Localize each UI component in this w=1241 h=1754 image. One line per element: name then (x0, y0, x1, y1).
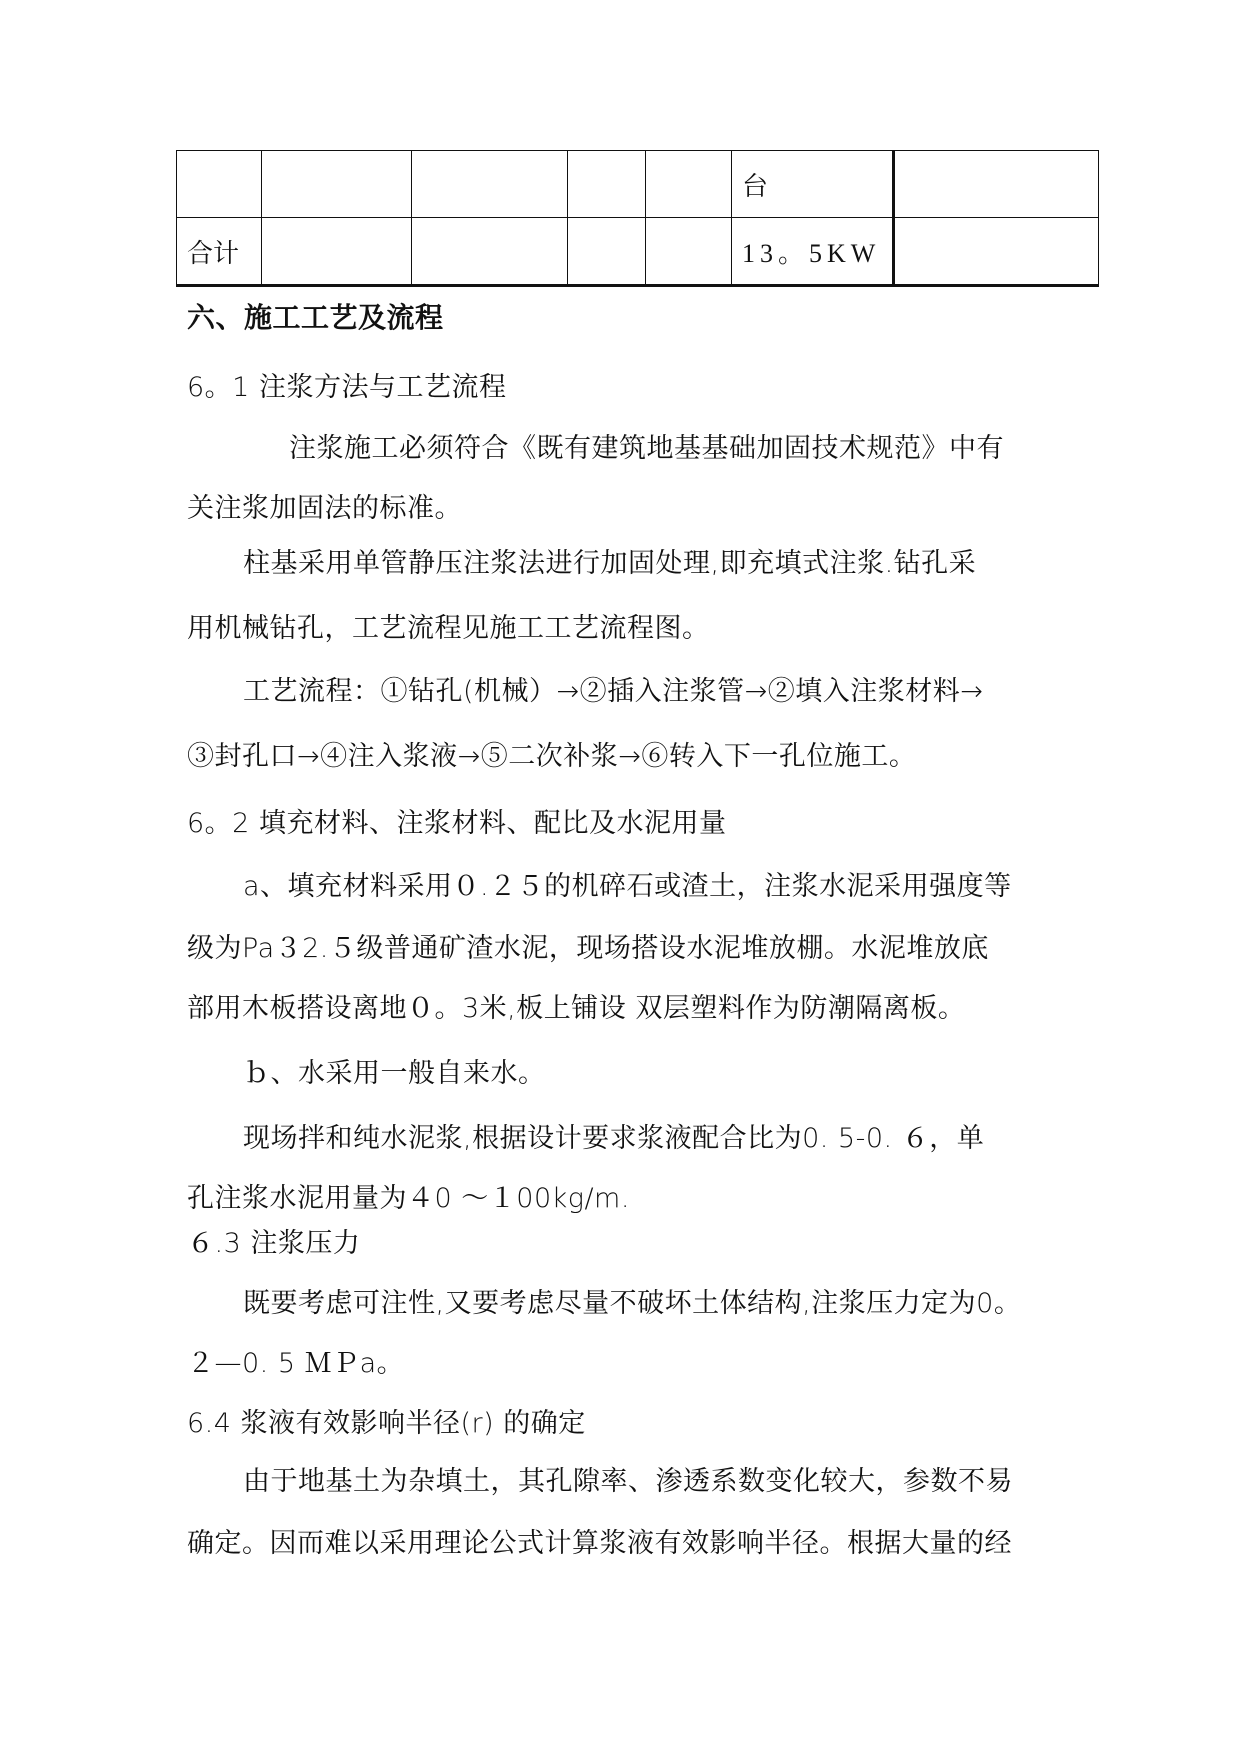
paragraph-line: 确定。因而难以采用理论公式计算浆液有效影响半径。根据大量的经 (187, 1527, 1012, 1561)
paragraph-line: 级为Pa３2.５级普通矿渣水泥，现场搭设水泥堆放棚。水泥堆放底 (187, 932, 989, 966)
paragraph-line: ｂ、水采用一般自来水。 (243, 1057, 546, 1091)
document-page: 台 合计 13。5KW 六、施工工艺及流程 6。1 注浆方法与工艺流程 注浆施工… (0, 0, 1241, 1754)
table-cell (646, 151, 732, 218)
paragraph-line: a、填充材料采用０.２５的机碎石或渣土，注浆水泥采用强度等 (243, 870, 1012, 904)
table-cell (412, 218, 568, 286)
paragraph-line: 孔注浆水泥用量为４0 ～１00kg/m. (187, 1182, 630, 1216)
table-cell-unit: 台 (732, 151, 894, 218)
table-cell (894, 218, 1099, 286)
paragraph-line: ２—0. 5 ＭＰa。 (187, 1347, 404, 1381)
table-row: 台 (177, 151, 1099, 218)
table-cell (568, 151, 646, 218)
process-flow-line: ③封孔口→④注入浆液→⑤二次补浆→⑥转入下一孔位施工。 (187, 740, 916, 774)
paragraph-line: 柱基采用单管静压注浆法进行加固处理,即充填式注浆.钻孔采 (243, 547, 976, 581)
table-cell (412, 151, 568, 218)
paragraph-line: 既要考虑可注性,又要考虑尽量不破坏土体结构,注浆压力定为0。 (243, 1287, 1021, 1321)
table-cell-total-power: 13。5KW (732, 218, 894, 286)
table-cell (177, 151, 262, 218)
subsection-title-6-2: 6。2 填充材料、注浆材料、配比及水泥用量 (187, 807, 726, 841)
paragraph-line: 关注浆加固法的标准。 (187, 492, 462, 526)
table-row-total: 合计 13。5KW (177, 218, 1099, 286)
table-cell-total-label: 合计 (177, 218, 262, 286)
table-cell (262, 151, 412, 218)
paragraph-line: 注浆施工必须符合《既有建筑地基基础加固技术规范》中有 (289, 432, 1004, 466)
subsection-title-6-4: 6.4 浆液有效影响半径(r) 的确定 (187, 1407, 586, 1441)
table-cell (646, 218, 732, 286)
table-cell (568, 218, 646, 286)
paragraph-line: 用机械钻孔，工艺流程见施工工艺流程图。 (187, 612, 710, 646)
subsection-title-6-1: 6。1 注浆方法与工艺流程 (187, 371, 506, 405)
paragraph-line: 现场拌和纯水泥浆,根据设计要求浆液配合比为0. 5-0. ６，单 (243, 1122, 984, 1156)
subsection-title-6-3: ６.3 注浆压力 (187, 1227, 360, 1261)
paragraph-line: 部用木板搭设离地０。3米,板上铺设 双层塑料作为防潮隔离板。 (187, 992, 965, 1026)
section-heading: 六、施工工艺及流程 (187, 301, 444, 335)
paragraph-line: 由于地基土为杂填土，其孔隙率、渗透系数变化较大，参数不易 (243, 1465, 1013, 1499)
process-flow-line: 工艺流程：①钻孔(机械）→②插入注浆管→②填入注浆材料→ (243, 675, 983, 709)
table-cell (894, 151, 1099, 218)
table-cell (262, 218, 412, 286)
equipment-table: 台 合计 13。5KW (176, 150, 1099, 287)
